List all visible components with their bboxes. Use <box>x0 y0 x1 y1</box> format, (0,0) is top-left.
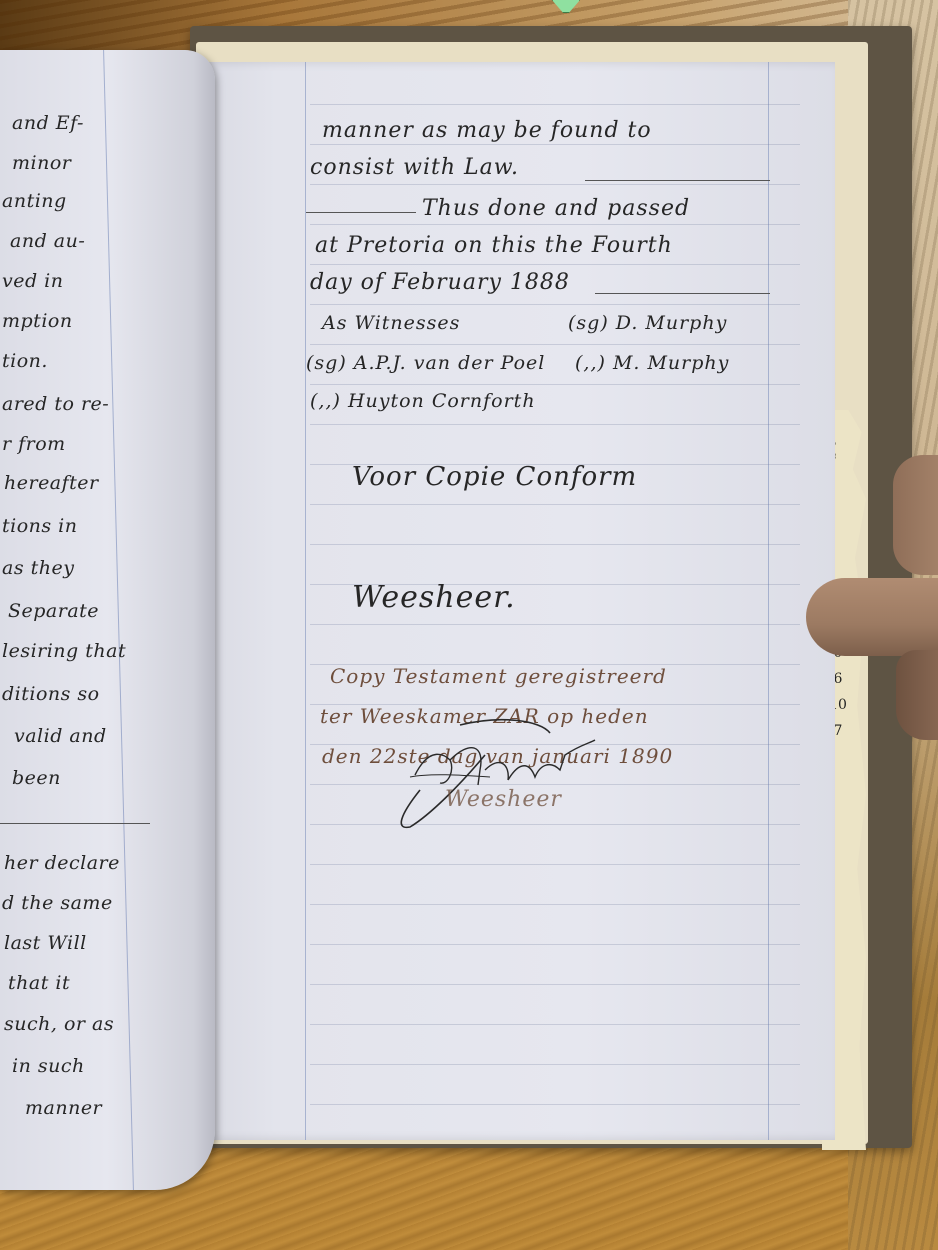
line-filler-stroke <box>585 180 770 181</box>
left-page-line: r from <box>2 433 870 455</box>
ruled-line <box>310 504 800 505</box>
left-page-line: tion. <box>2 350 870 372</box>
left-page-line: that it <box>8 972 870 994</box>
left-page-line: anting <box>2 190 870 212</box>
left-page-line: minor <box>12 152 870 174</box>
left-page-line: such, or as <box>4 1013 870 1035</box>
left-page-line: as they <box>2 557 870 579</box>
left-page-line: and au- <box>10 230 870 252</box>
body-line: manner as may be found to <box>322 118 652 143</box>
line-filler-stroke <box>595 293 770 294</box>
left-page-line: mption <box>2 310 870 332</box>
left-page-line: ditions so <box>2 683 870 705</box>
left-page-line: hereafter <box>4 472 870 494</box>
ruled-line <box>310 384 800 385</box>
ruled-line <box>310 264 800 265</box>
ruled-line <box>310 104 800 105</box>
left-page-line: and Ef- <box>12 112 101 134</box>
left-page-line: been <box>12 767 870 789</box>
ruled-line <box>310 184 800 185</box>
left-page-line: last Will <box>4 932 870 954</box>
line-filler-stroke <box>306 212 416 213</box>
ruled-line <box>310 224 800 225</box>
left-page-line: manner <box>25 1097 870 1119</box>
ruled-line <box>310 624 800 625</box>
ruled-line <box>310 304 800 305</box>
left-page-line: Separate <box>8 600 870 622</box>
left-page-line: tions in <box>2 515 870 537</box>
hand-fingers-lower <box>896 650 938 740</box>
ruled-line <box>310 424 800 425</box>
left-page-line: lesiring that <box>2 640 870 662</box>
section-divider <box>0 823 150 824</box>
hand-fingers-upper <box>893 455 938 575</box>
left-page-line: ared to re- <box>2 393 870 415</box>
left-page-line: ved in <box>2 270 870 292</box>
ruled-line <box>310 144 800 145</box>
left-page-line: d the same <box>2 892 870 914</box>
ruled-line <box>310 344 800 345</box>
hand-index-finger <box>806 578 938 656</box>
signature-title: Weesheer <box>445 787 562 812</box>
left-page-line: valid and <box>14 725 870 747</box>
left-page-line: in such <box>12 1055 870 1077</box>
ruled-line <box>310 544 800 545</box>
left-page-line: her declare <box>4 852 870 874</box>
